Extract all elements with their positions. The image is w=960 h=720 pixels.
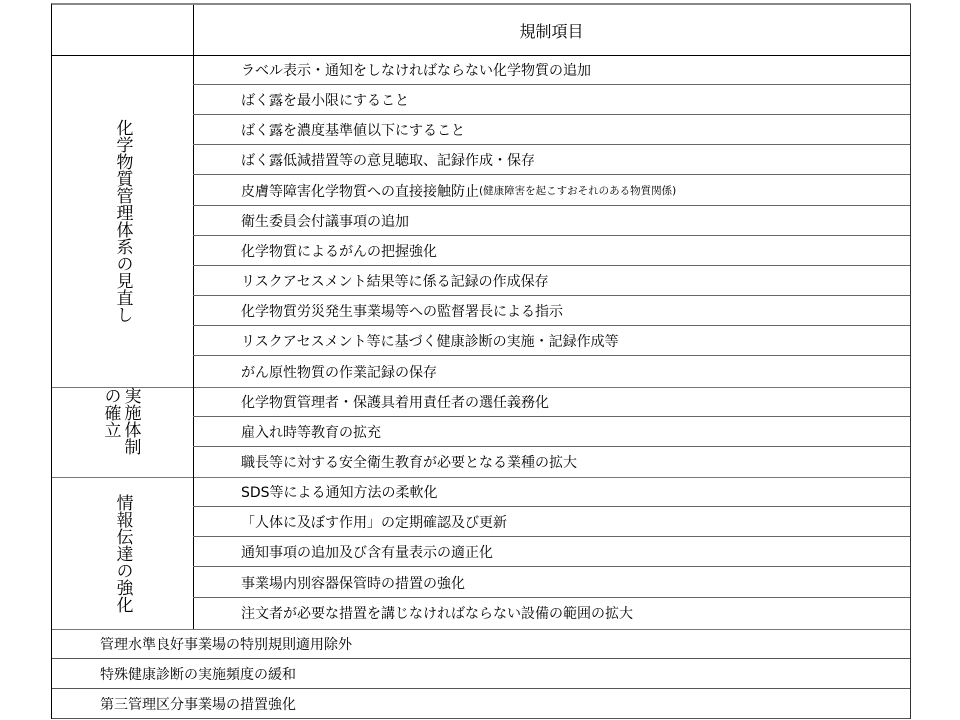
- table-header-row: 規制項目: [52, 5, 910, 56]
- row-text: リスクアセスメント等に基づく健康診断の実施・記録作成等: [241, 331, 619, 351]
- table-row: 衛生委員会付議事項の追加: [193, 206, 910, 236]
- table-row: リスクアセスメント等に基づく健康診断の実施・記録作成等: [193, 326, 910, 356]
- row-text: 化学物質管理者・保護具着用責任者の選任義務化: [241, 392, 549, 412]
- row-text: 衛生委員会付議事項の追加: [241, 211, 409, 231]
- table-row: ラベル表示・通知をしなければならない化学物質の追加: [193, 55, 910, 85]
- row-text: 「人体に及ぼす作用」の定期確認及び更新: [241, 512, 507, 532]
- row-text: ばく露を濃度基準値以下にすること: [241, 120, 465, 140]
- group-label-text: 情報伝達の強化: [113, 494, 133, 613]
- table-row: 化学物質労災発生事業場等への監督署長による指示: [193, 296, 910, 326]
- table-row: 雇入れ時等教育の拡充: [193, 417, 910, 447]
- row-text: 通知事項の追加及び含有量表示の適正化: [241, 542, 493, 562]
- group-label: 情報伝達の強化: [52, 477, 194, 629]
- row-text: リスクアセスメント結果等に係る記録の作成保存: [241, 271, 549, 291]
- group-label-line: 実施体制: [121, 387, 141, 455]
- table-row: 事業場内別容器保管時の措置の強化: [193, 568, 910, 598]
- table-row: ばく露を最小限にすること: [193, 85, 910, 115]
- row-text: ラベル表示・通知をしなければならない化学物質の追加: [241, 60, 591, 80]
- table-row: 皮膚等障害化学物質への直接接触防止(健康障害を起こすおそれのある物質関係): [193, 176, 910, 206]
- table-row: ばく露を濃度基準値以下にすること: [193, 115, 910, 145]
- row-text: 注文者が必要な措置を講じなければならない設備の範囲の拡大: [241, 603, 633, 623]
- row-text: SDS等による通知方法の柔軟化: [241, 482, 438, 502]
- row-text: 管理水準良好事業場の特別規則適用除外: [100, 634, 352, 654]
- table-row: ばく露低減措置等の意見聴取、記録作成・保存: [193, 145, 910, 175]
- row-text: 雇入れ時等教育の拡充: [241, 422, 381, 442]
- table-row: 化学物質によるがんの把握強化: [193, 236, 910, 266]
- row-text: 皮膚等障害化学物質への直接接触防止: [241, 181, 479, 201]
- row-text: 事業場内別容器保管時の措置の強化: [241, 573, 465, 593]
- table-row-full: 第三管理区分事業場の措置強化: [52, 689, 910, 719]
- table-row: 注文者が必要な措置を講じなければならない設備の範囲の拡大: [193, 598, 910, 628]
- group-chemical-management: 化学物質管理体系の見直し ラベル表示・通知をしなければならない化学物質の追加 ば…: [52, 55, 910, 388]
- group-label-text: 化学物質管理体系の見直し: [113, 119, 133, 323]
- row-text: 化学物質労災発生事業場等への監督署長による指示: [241, 301, 563, 321]
- table-row: 通知事項の追加及び含有量表示の適正化: [193, 537, 910, 567]
- group-information-transfer: 情報伝達の強化 SDS等による通知方法の柔軟化 「人体に及ぼす作用」の定期確認及…: [52, 477, 910, 630]
- table-row: SDS等による通知方法の柔軟化: [193, 477, 910, 507]
- table-row: 職長等に対する安全衛生教育が必要となる業種の拡大: [193, 447, 910, 477]
- row-text: 職長等に対する安全衛生教育が必要となる業種の拡大: [241, 452, 577, 472]
- header-title-cell: 規制項目: [193, 5, 910, 55]
- row-text: 化学物質によるがんの把握強化: [241, 241, 437, 261]
- table-row-full: 管理水準良好事業場の特別規則適用除外: [52, 629, 910, 659]
- table-row: 「人体に及ぼす作用」の定期確認及び更新: [193, 507, 910, 537]
- group-implementation-system: 実施体制の確立 化学物質管理者・保護具着用責任者の選任義務化 雇入れ時等教育の拡…: [52, 387, 910, 478]
- row-text: ばく露を最小限にすること: [241, 90, 409, 110]
- group-label: 化学物質管理体系の見直し: [52, 55, 194, 387]
- group-label-line: の確立: [101, 387, 121, 438]
- row-text: ばく露低減措置等の意見聴取、記録作成・保存: [241, 150, 535, 170]
- table-row: リスクアセスメント結果等に係る記録の作成保存: [193, 266, 910, 296]
- header-category-cell: [52, 5, 194, 55]
- table-row: がん原性物質の作業記録の保存: [193, 357, 910, 387]
- row-note: (健康障害を起こすおそれのある物質関係): [479, 183, 676, 198]
- row-text: がん原性物質の作業記録の保存: [241, 362, 437, 382]
- row-text: 第三管理区分事業場の措置強化: [100, 694, 296, 714]
- group-label: 実施体制の確立: [52, 387, 194, 477]
- regulation-table: 規制項目 化学物質管理体系の見直し ラベル表示・通知をしなければならない化学物質…: [51, 3, 911, 719]
- group-label-text: 実施体制の確立: [101, 387, 141, 477]
- table-row-full: 特殊健康診断の実施頻度の緩和: [52, 659, 910, 689]
- row-text: 特殊健康診断の実施頻度の緩和: [100, 664, 296, 684]
- table-row: 化学物質管理者・保護具着用責任者の選任義務化: [193, 387, 910, 417]
